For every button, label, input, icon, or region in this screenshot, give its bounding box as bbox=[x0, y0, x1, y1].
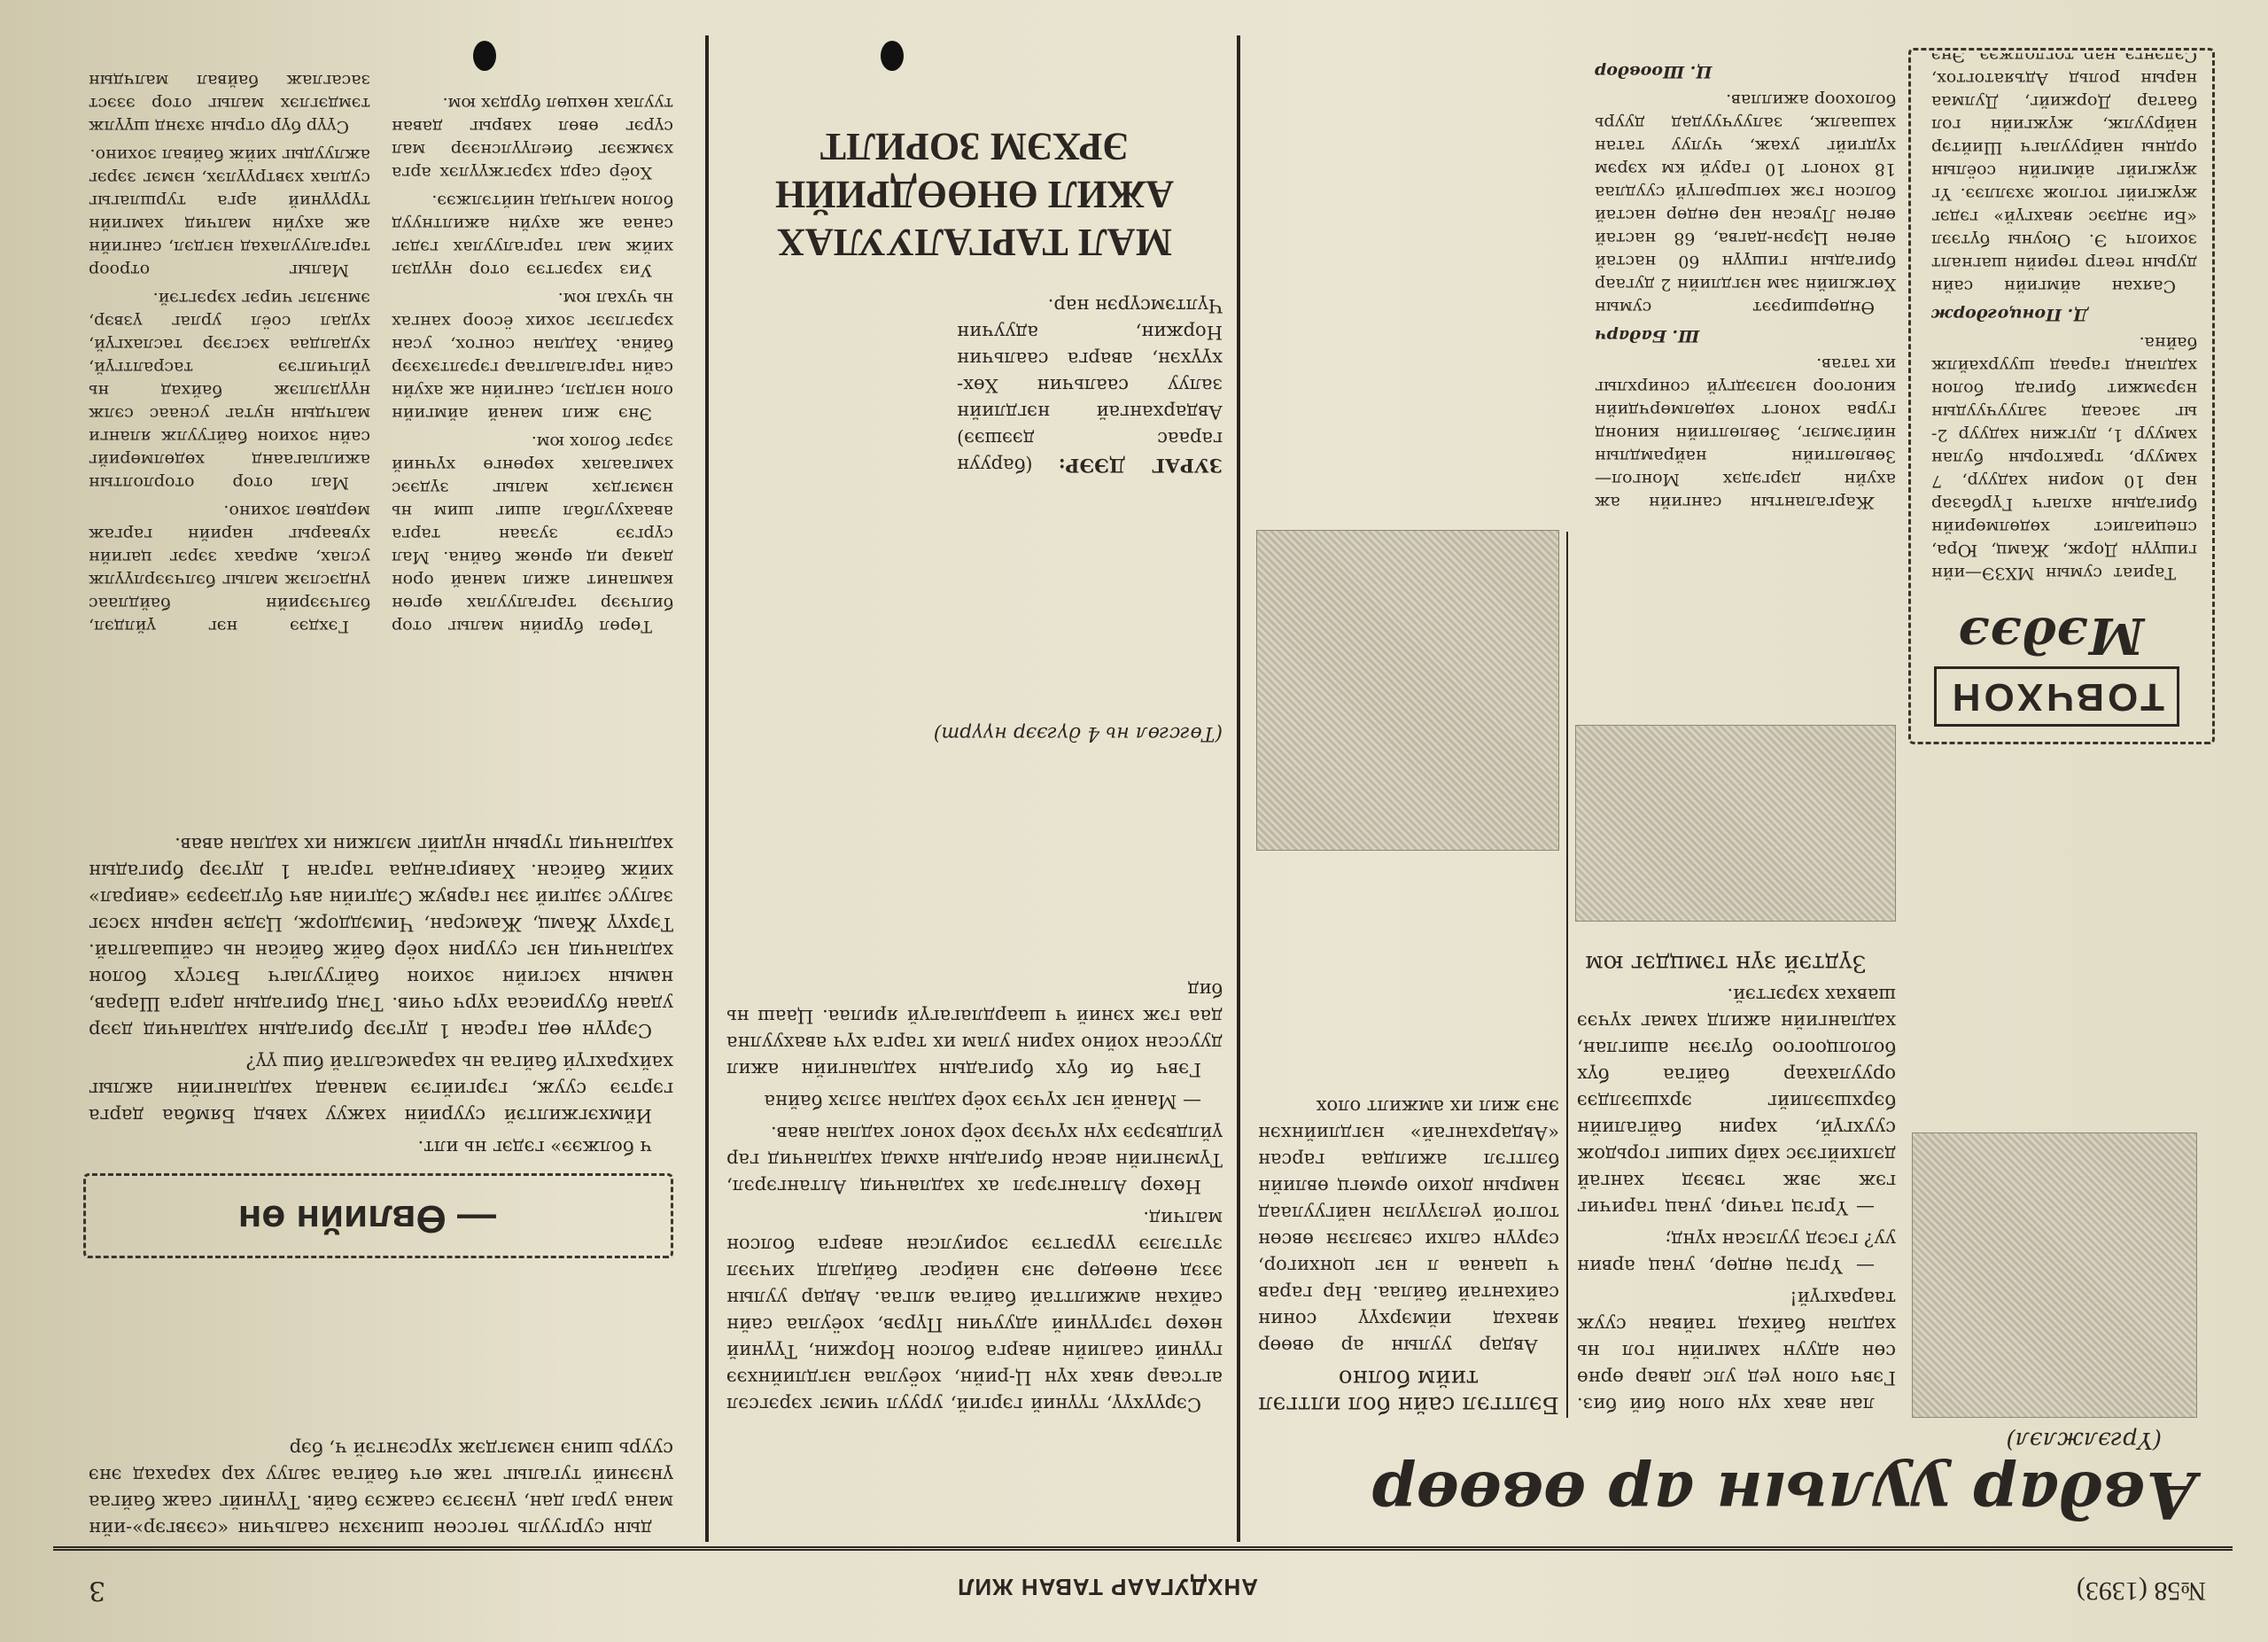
photo-caption: ЗУРАГ ДЭЭР: (баруун гараас дээшээ) Авдар… bbox=[957, 284, 1223, 479]
paragraph: Сэрүүн өөд гарсан 1 дүгээр бригадын хадл… bbox=[89, 831, 673, 1044]
photo-haymaking bbox=[1575, 725, 1896, 922]
paper-name: АНХДУГААР ТАВАН ЖИЛ bbox=[957, 1573, 1258, 1600]
paragraph: Иймхэгжилтэй суурийн хажуу хавьд Бямбаа … bbox=[89, 1049, 673, 1129]
caption-heading: ЗУРАГ ДЭЭР: bbox=[1059, 455, 1223, 477]
caption-text: (баруун гараас дээшээ) Авдархангай нэгдл… bbox=[957, 295, 1223, 476]
vertical-double-rule bbox=[705, 35, 709, 1542]
caption-credit: Б. Баастын авсан гэрэл зураг. bbox=[957, 284, 1223, 287]
brief-item: Тариат сумын МХЗЭ—ийн гишүүн Дорж, Жамц,… bbox=[1931, 331, 2197, 585]
left-top-article-body: ч болжээ» гэдэг нь илт. Иймхэгжилтэй суу… bbox=[89, 665, 673, 1161]
paragraph: Мал отор оторлолтын ажиллагаанд хөдөлмөр… bbox=[89, 287, 370, 494]
brief-item: Жаргалантын сангийн аж ахуйн дэргэдэх Мо… bbox=[1595, 353, 1896, 514]
paragraph: Уиз хэрэгтээ отор нүүдэл хийж мал таргал… bbox=[392, 190, 673, 282]
main-article-col-2: Бэлтгэл сайн бол илтгэл тийм болно Авдар… bbox=[1258, 868, 1559, 1418]
paragraph: Энэ жил манай аймгийн олон нэгдэл, санги… bbox=[392, 287, 673, 425]
paragraph: Төрөл бүрийн малыг отор билчээр таргалуу… bbox=[392, 431, 673, 638]
paragraph: ч болжээ» гэдэг нь илт. bbox=[89, 1134, 673, 1161]
paragraph: Малыг отроор таргалуулахад нэгдэл, санги… bbox=[89, 144, 370, 282]
main-article-col-1: лан авах хүн олон бий биз. Гэвч олон үед… bbox=[1577, 939, 1896, 1418]
brief-item: Саяхан аймгийн сайн дурын театр төрийн ш… bbox=[1931, 53, 2197, 298]
paragraph: Бид, энэ жил нэгдлийнхээ хөөврийн аварга… bbox=[1577, 939, 1896, 945]
brief-signature: Д. Понцогдорж bbox=[1931, 303, 2197, 326]
paragraph: дын сургууль төгссөн шинэхэн саальчин «с… bbox=[89, 1436, 673, 1542]
subhead-ovliin-on: — Өвлийн өн bbox=[238, 1196, 496, 1241]
masthead: №58 (1393) АНХДУГААР ТАВАН ЖИЛ 3 bbox=[53, 1546, 2233, 1630]
paragraph: Гэхдээ нэг үйлдэл, бэлчээрийн байдлаас ү… bbox=[89, 500, 370, 638]
vertical-double-rule bbox=[1237, 35, 1240, 1542]
livestock-headline: МАЛ ТАРГАЛУУЛАХ АЖИЛ ӨНӨӨДРИЙН ЭРХЭМ ЗОР… bbox=[726, 122, 1223, 266]
paragraph: Сэрүүхүү, түүний гэргий, уруул чимэг хэр… bbox=[726, 1205, 1223, 1418]
paragraph: — Манай нэг хүчээ хоёр хадлан эзлэх байн… bbox=[726, 1088, 1223, 1115]
main-headline: Авдар уулын ар өвөөр bbox=[1223, 1458, 2197, 1533]
paragraph: Авдар уулын ар өвөөр явахад иймэрхүү сон… bbox=[1258, 1093, 1559, 1359]
newspaper-page-rotated: №58 (1393) АНХДУГААР ТАВАН ЖИЛ 3 Авдар у… bbox=[53, 35, 2233, 1630]
livestock-article-body: Төрөл бүрийн малыг отор билчээр таргалуу… bbox=[89, 53, 673, 638]
paragraph: Гэвч би бүх бригадын хадлангийн ажил дуу… bbox=[726, 977, 1223, 1083]
brief-news-list: Тариат сумын МХЗЭ—ийн гишүүн Дорж, Жамц,… bbox=[1931, 53, 2197, 585]
brief-signature: Ц. Шоовдор bbox=[1595, 60, 1896, 83]
paragraph: Нөхөр Алтангэрэл ах хадланчид Алтангэрэл… bbox=[726, 1120, 1223, 1200]
photo-milking bbox=[1912, 1132, 2197, 1418]
punch-hole bbox=[881, 41, 904, 71]
paragraph: Хоёр сард хэрэгжүүлэх арга хэмжээг биелү… bbox=[392, 92, 673, 184]
punch-hole bbox=[473, 41, 496, 71]
subhead-preparation: Бэлтгэл сайн бол илтгэл тийм болно bbox=[1258, 1365, 1559, 1418]
issue-number: №58 (1393) bbox=[2077, 1576, 2206, 1606]
brief-item: Өндөрширээт сумын Хөгжлийн зам нэгдлийн … bbox=[1595, 89, 1896, 319]
brief-news-title: ТОВЧХОН bbox=[1934, 666, 2179, 727]
center-article: Сэрүүхүү, түүний гэргий, уруул чимэг хэр… bbox=[726, 762, 1223, 1418]
continuation-note: (Төгсгөл нь 4 дүгээр нүүрт) bbox=[934, 722, 1223, 744]
paragraph: лан авах хүн олон бий биз. Гэвч олон үед… bbox=[1577, 1285, 1896, 1418]
paragraph: — Үргэц тачир, унац таричиг гэж эвж тэвэ… bbox=[1577, 982, 1896, 1221]
main-subtitle: (Үргэлжлэл) bbox=[2006, 1427, 2162, 1453]
column-rule bbox=[1566, 532, 1568, 1418]
brief-news-script-title: Мэдээ bbox=[1959, 606, 2144, 665]
brief-signature: Ш. Бадарч bbox=[1595, 324, 1896, 347]
left-top-article: дын сургууль төгссөн шинэхэн саальчин «с… bbox=[89, 1276, 673, 1542]
photo-herders bbox=[1256, 530, 1559, 851]
page-number: 3 bbox=[89, 1575, 105, 1606]
paragraph: — Үргэц өндөр, унац арвин уу? гэсэд уулз… bbox=[1577, 1226, 1896, 1280]
newspaper-scan: №58 (1393) АНХДУГААР ТАВАН ЖИЛ 3 Авдар у… bbox=[0, 0, 2268, 1642]
subhead-zudtei: Зүдтэй зүн тэмцдэг юм bbox=[1577, 950, 1896, 977]
brief-news-list-2: Жаргалантын сангийн аж ахуйн дэргэдэх Мо… bbox=[1595, 53, 1896, 514]
